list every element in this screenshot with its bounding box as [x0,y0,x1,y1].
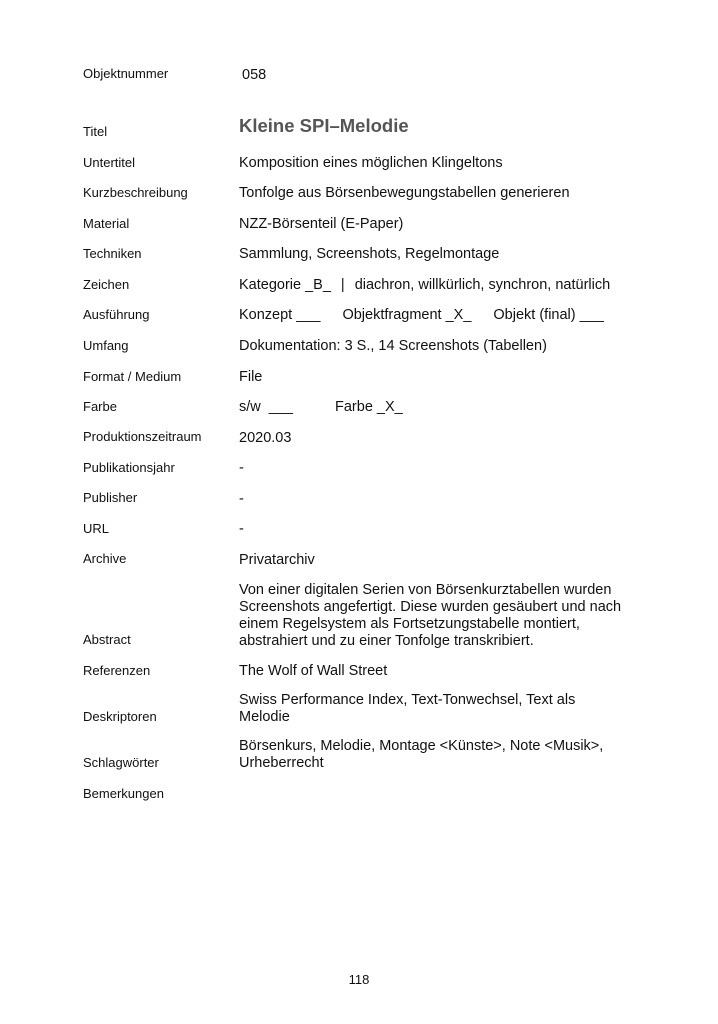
label-techniken: Techniken [83,246,142,261]
label-objektnummer: Objektnummer [83,66,168,81]
label-ausfuehrung: Ausführung [83,307,150,322]
value-untertitel: Komposition eines möglichen Klingeltons [239,155,503,172]
value-publikationsjahr: - [239,460,244,477]
label-format: Format / Medium [83,369,181,384]
value-farbe: s/w ___Farbe _X_ [239,399,403,416]
value-titel: Kleine SPI–Melodie [239,117,409,134]
value-techniken: Sammlung, Screenshots, Regelmontage [239,246,499,263]
page-number: 118 [0,972,718,987]
value-ausfuehrung: Konzept ___Objektfragment _X_Objekt (fin… [239,307,604,324]
value-abstract: Von einer digitalen Serien von Börsenkur… [239,582,639,650]
zeichen-category: Kategorie _B_ [239,277,331,293]
label-bemerkungen: Bemerkungen [83,786,164,801]
value-archive: Privatarchiv [239,552,315,569]
value-objektnummer: 058 [242,67,266,84]
label-material: Material [83,216,129,231]
value-referenzen: The Wolf of Wall Street [239,663,387,680]
label-produktionszeitraum: Produktionszeitraum [83,429,202,444]
label-referenzen: Referenzen [83,663,150,678]
ausfuehrung-konzept: Konzept ___ [239,307,320,323]
value-material: NZZ-Börsenteil (E-Paper) [239,216,403,233]
label-schlagwoerter: Schlagwörter [83,755,159,770]
label-url: URL [83,521,109,536]
value-url: - [239,521,244,538]
label-archive: Archive [83,551,126,566]
label-titel: Titel [83,124,107,139]
value-kurzbeschreibung: Tonfolge aus Börsenbewegungstabellen gen… [239,185,570,202]
label-umfang: Umfang [83,338,129,353]
farbe-sw: s/w ___ [239,399,293,415]
label-publikationsjahr: Publikationsjahr [83,460,175,475]
label-publisher: Publisher [83,490,137,505]
value-format: File [239,369,262,386]
value-produktionszeitraum: 2020.03 [239,430,291,447]
label-kurzbeschreibung: Kurzbeschreibung [83,185,188,200]
value-deskriptoren: Swiss Performance Index, Text-Tonwechsel… [239,692,619,726]
ausfuehrung-objekt-final: Objekt (final) ___ [493,307,603,323]
ausfuehrung-objektfragment: Objektfragment _X_ [342,307,471,323]
value-umfang: Dokumentation: 3 S., 14 Screenshots (Tab… [239,338,547,355]
label-zeichen: Zeichen [83,277,129,292]
zeichen-separator: | [341,277,345,293]
label-untertitel: Untertitel [83,155,135,170]
farbe-farbe: Farbe _X_ [335,399,403,415]
zeichen-types: diachron, willkürlich, synchron, natürli… [355,277,610,293]
label-deskriptoren: Deskriptoren [83,709,157,724]
value-publisher: - [239,491,244,508]
value-schlagwoerter: Börsenkurs, Melodie, Montage <Künste>, N… [239,738,639,772]
label-farbe: Farbe [83,399,117,414]
value-zeichen: Kategorie _B_|diachron, willkürlich, syn… [239,277,610,294]
label-abstract: Abstract [83,632,131,647]
